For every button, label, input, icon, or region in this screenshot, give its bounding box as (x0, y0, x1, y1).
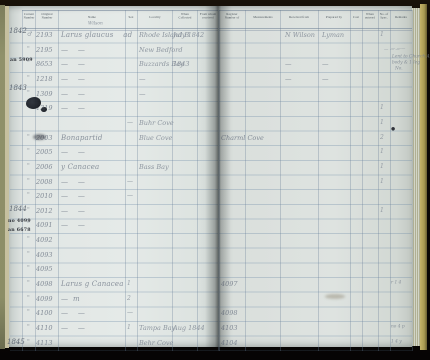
handwritten-entry: — (127, 119, 133, 126)
ink-stamp: an 5909 (10, 57, 33, 62)
column-header: Original Number (35, 13, 59, 20)
handwritten-entry: " (27, 75, 30, 82)
handwritten-note: No. (395, 66, 403, 71)
column-header: When Collected (172, 13, 198, 20)
column-divider (390, 10, 391, 351)
year-label: 1844 (9, 205, 27, 213)
handwritten-entry: 4091 (36, 221, 53, 229)
handwritten-entry: Bass Bay (139, 163, 169, 171)
handwritten-entry: " (27, 163, 30, 170)
handwritten-entry: 4098 (36, 280, 53, 288)
handwritten-entry: " (27, 251, 30, 258)
handwritten-entry: — — (61, 46, 85, 54)
handwritten-entry: " (27, 295, 30, 302)
handwritten-entry: 1 (380, 104, 384, 111)
handwritten-entry: ♂ (27, 31, 32, 38)
handwritten-entry: Behr Cove (139, 339, 173, 347)
column-header: When entered (362, 13, 379, 20)
ink-stamp: an 6678 (8, 227, 31, 232)
year-label: 1843 (9, 84, 27, 92)
handwritten-entry: — (285, 60, 292, 68)
column-header: Remarks (390, 16, 413, 20)
handwritten-entry: " (27, 192, 30, 199)
handwritten-entry: — m (61, 295, 80, 303)
handwritten-entry: July 1842 (173, 31, 204, 39)
handwritten-entry: no 4 p (391, 324, 405, 329)
handwritten-entry: 2012 (36, 207, 53, 215)
handwritten-entry: — — (61, 178, 85, 186)
column-divider (58, 10, 59, 351)
handwritten-entry: Blue Cove (139, 134, 172, 142)
handwritten-entry: — — (61, 207, 85, 215)
handwritten-entry: Aug 1844 (173, 324, 205, 332)
column-divider (125, 10, 126, 351)
column-divider (362, 10, 363, 351)
handwritten-entry: Larus glaucus ad (61, 31, 132, 39)
ink-stamp: no 4099 (8, 218, 31, 223)
handwritten-entry: 8653 (36, 60, 53, 68)
handwritten-entry: 4095 (36, 265, 53, 273)
column-header: Sex (125, 16, 137, 20)
handwritten-entry: 4110 (36, 324, 53, 332)
handwritten-entry: — — (61, 309, 85, 317)
handwritten-entry: 1 (127, 280, 131, 287)
ink-smudge (325, 294, 345, 299)
handwritten-entry: " (27, 324, 30, 331)
handwritten-entry: 4100 (36, 309, 53, 317)
column-header: Current Number (22, 13, 36, 20)
header-rule (219, 28, 412, 29)
handwritten-entry: " (27, 280, 30, 287)
column-divider (318, 10, 319, 351)
handwritten-entry: — — (61, 60, 85, 68)
handwritten-entry: 1218 (36, 75, 53, 83)
handwritten-entry: New Bedford (139, 46, 183, 54)
handwritten-entry: — — (61, 75, 85, 83)
handwritten-entry: 4093 (36, 251, 53, 259)
column-header: Locality (136, 16, 172, 20)
handwritten-entry: " (27, 134, 30, 141)
row-ruling (219, 29, 412, 351)
handwritten-entry: " (27, 90, 30, 97)
handwritten-entry: 2010 (36, 192, 53, 200)
handwritten-entry: Buhr Cove (139, 119, 174, 127)
handwritten-entry: " (27, 309, 30, 316)
handwritten-entry: 1 (127, 324, 131, 331)
column-divider (137, 10, 138, 351)
handwritten-note: Lent to Church Am (392, 54, 430, 59)
handwritten-entry: " (27, 178, 30, 185)
handwritten-entry: 1 (380, 31, 384, 38)
column-header: Prepared by (317, 16, 350, 20)
column-divider (378, 10, 379, 351)
handwritten-entry: — (322, 75, 329, 83)
column-header: No. of Spec. (378, 13, 390, 20)
handwritten-entry: — (139, 90, 146, 98)
handwritten-entry: r 1 4 (391, 280, 401, 285)
handwritten-entry: Bonapartid (61, 134, 103, 142)
handwritten-entry: 1843 (173, 60, 190, 68)
column-divider (197, 10, 198, 351)
handwritten-entry: — — (61, 90, 85, 98)
handwritten-entry: " (27, 236, 30, 243)
handwritten-entry: — — (61, 192, 85, 200)
handwritten-entry: 1 4 y (391, 339, 402, 344)
handwritten-entry: 2008 (36, 178, 53, 186)
column-header: Received from (279, 16, 319, 20)
handwritten-entry: " (27, 207, 30, 214)
handwritten-entry: 2195 (36, 46, 53, 54)
ink-stamp: ● (391, 126, 395, 131)
handwritten-entry: N Wilson (285, 31, 315, 39)
column-header: Cost (350, 16, 362, 20)
handwritten-entry: " (27, 46, 30, 53)
handwritten-entry: 2193 (36, 31, 53, 39)
handwritten-entry: 1 (380, 207, 384, 214)
column-divider (280, 10, 281, 351)
column-divider (245, 10, 246, 351)
handwritten-entry: 1 (380, 178, 384, 185)
handwritten-entry: — (285, 75, 292, 83)
handwritten-entry: 2 (380, 134, 384, 141)
handwritten-entry: 1 (380, 163, 384, 170)
handwritten-entry: 4113 (36, 339, 53, 347)
book-gutter (205, 6, 231, 347)
handwritten-entry: y Canacea (61, 163, 99, 171)
handwritten-entry: Lyman (322, 31, 344, 39)
handwritten-entry: 1 (380, 119, 384, 126)
handwritten-entry: Larus g Canacea (61, 280, 124, 288)
handwritten-entry: — — (61, 221, 85, 229)
handwritten-entry: — (127, 309, 133, 316)
handwritten-entry: 2 (127, 295, 131, 302)
column-divider (350, 10, 351, 351)
header-rule (219, 10, 412, 11)
handwritten-entry: 1 (380, 148, 384, 155)
handwritten-note: — –– — (384, 47, 400, 52)
handwritten-entry: " (27, 265, 30, 272)
handwritten-entry: 4092 (36, 236, 53, 244)
handwritten-entry: 4099 (36, 295, 53, 303)
year-label: 1842 (9, 27, 27, 35)
header-rule (22, 28, 218, 29)
ink-smudge (33, 134, 46, 140)
handwritten-entry: — — (61, 324, 85, 332)
handwritten-entry: — (127, 192, 133, 199)
handwritten-entry: — — (61, 148, 85, 156)
handwritten-entry: — — (61, 104, 85, 112)
column-header: Name (57, 16, 127, 20)
header-rule (22, 10, 218, 11)
handwritten-entry: — (139, 75, 146, 83)
year-label: 1845 (7, 338, 25, 346)
handwritten-entry: 2005 (36, 148, 53, 156)
handwritten-entry: Tampa Bay (139, 324, 175, 332)
handwritten-entry: 1309 (36, 90, 53, 98)
handwritten-entry: " (27, 148, 30, 155)
handwritten-entry: 2006 (36, 163, 53, 171)
handwritten-note: Wilson (88, 21, 103, 26)
handwritten-entry: — (127, 178, 133, 185)
handwritten-entry: " (27, 339, 30, 346)
column-header: Measurements (244, 16, 280, 20)
handwritten-entry: — (322, 60, 329, 68)
handwritten-note: body & 1 leg (392, 60, 420, 65)
